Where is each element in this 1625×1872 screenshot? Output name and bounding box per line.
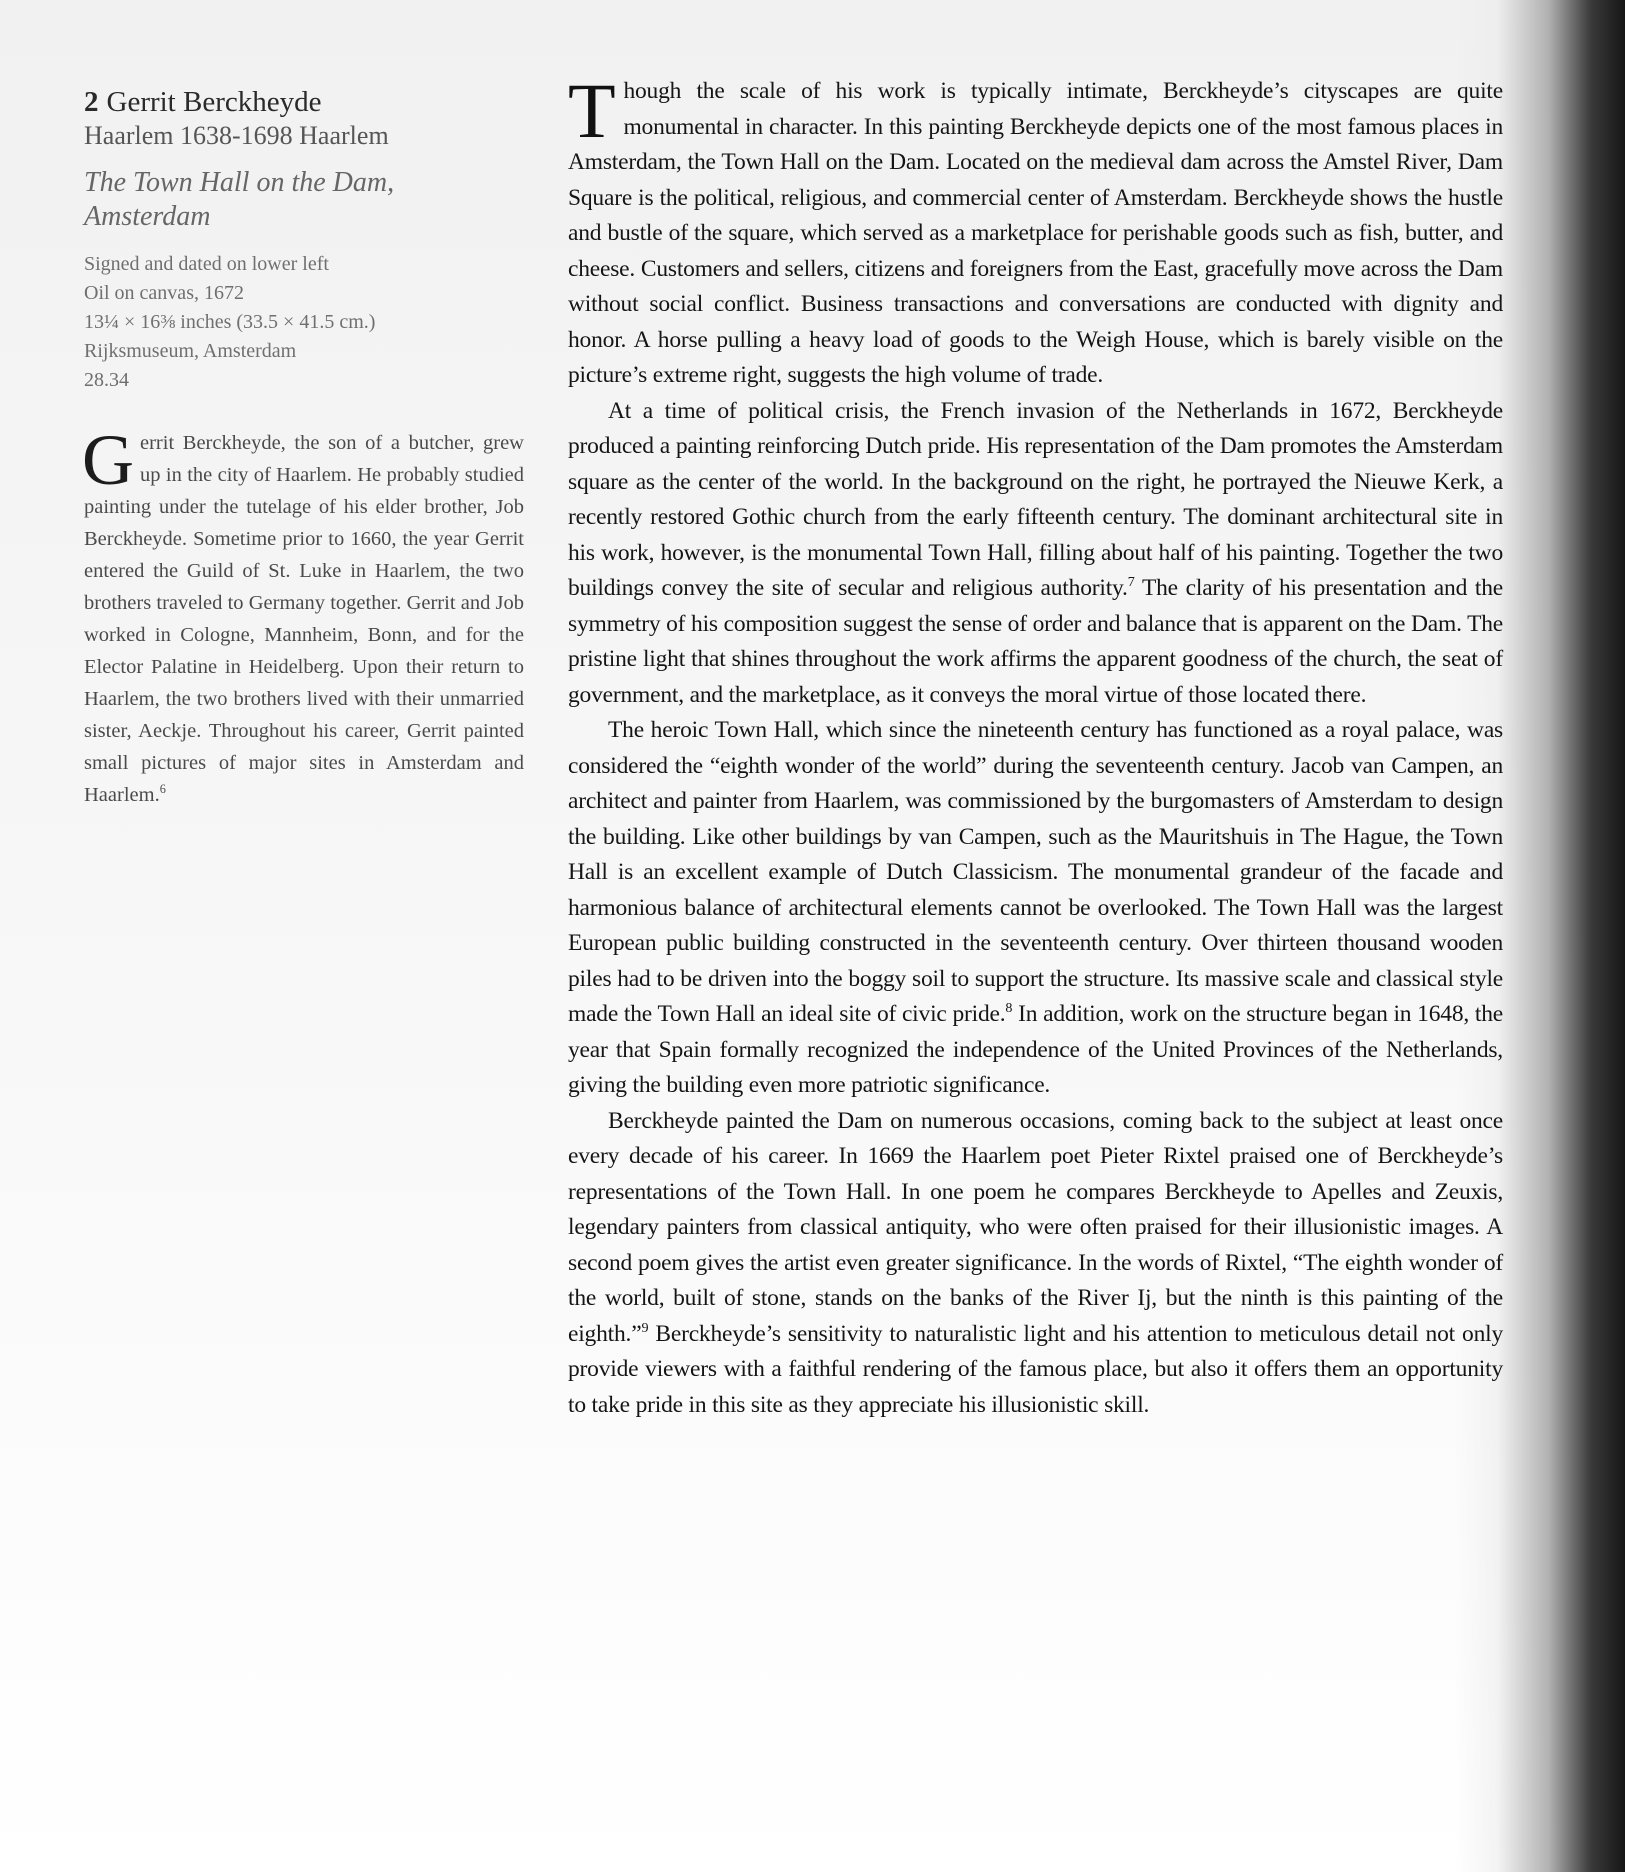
accession-number: 28.34 (84, 366, 534, 395)
essay-paragraph-4: Berckheyde painted the Dam on numerous o… (568, 1104, 1503, 1424)
drop-cap: T (568, 80, 615, 142)
catalog-number: 2 (84, 86, 99, 118)
essay-paragraph-2: At a time of political crisis, the Frenc… (568, 394, 1503, 714)
essay-paragraph-3: The heroic Town Hall, which since the ni… (568, 713, 1503, 1104)
collection: Rijksmuseum, Amsterdam (84, 337, 534, 366)
artist-name: Gerrit Berckheyde (107, 86, 322, 118)
drop-cap: G (82, 431, 134, 489)
paragraph-text: At a time of political crisis, the Frenc… (568, 398, 1503, 602)
artwork-details-list: Signed and dated on lower left Oil on ca… (84, 250, 534, 395)
paragraph-text: hough the scale of his work is typically… (568, 78, 1503, 388)
medium-date: Oil on canvas, 1672 (84, 279, 534, 308)
footnote-ref: 7 (1128, 574, 1135, 590)
dimensions: 13¼ × 16⅜ inches (33.5 × 41.5 cm.) (84, 308, 534, 337)
paragraph-text: Berckheyde’s sensitivity to naturalistic… (568, 1321, 1503, 1418)
signature-note: Signed and dated on lower left (84, 250, 534, 279)
essay-paragraph-1: Though the scale of his work is typicall… (568, 74, 1503, 394)
artist-life-dates: Haarlem 1638-1698 Haarlem (84, 120, 534, 152)
biography-text: errit Berckheyde, the son of a butcher, … (84, 432, 524, 806)
footnote-ref: 6 (160, 782, 166, 796)
biography-paragraph: Gerrit Berckheyde, the son of a butcher,… (84, 427, 524, 811)
catalog-heading: 2Gerrit Berckheyde (84, 84, 534, 120)
essay-column: Though the scale of his work is typicall… (568, 74, 1503, 1423)
paragraph-text: Berckheyde painted the Dam on numerous o… (568, 1108, 1503, 1347)
artwork-title: The Town Hall on the Dam, Amsterdam (84, 166, 484, 234)
paragraph-text: The heroic Town Hall, which since the ni… (568, 717, 1503, 1027)
catalog-entry-column: 2Gerrit Berckheyde Haarlem 1638-1698 Haa… (84, 84, 534, 832)
